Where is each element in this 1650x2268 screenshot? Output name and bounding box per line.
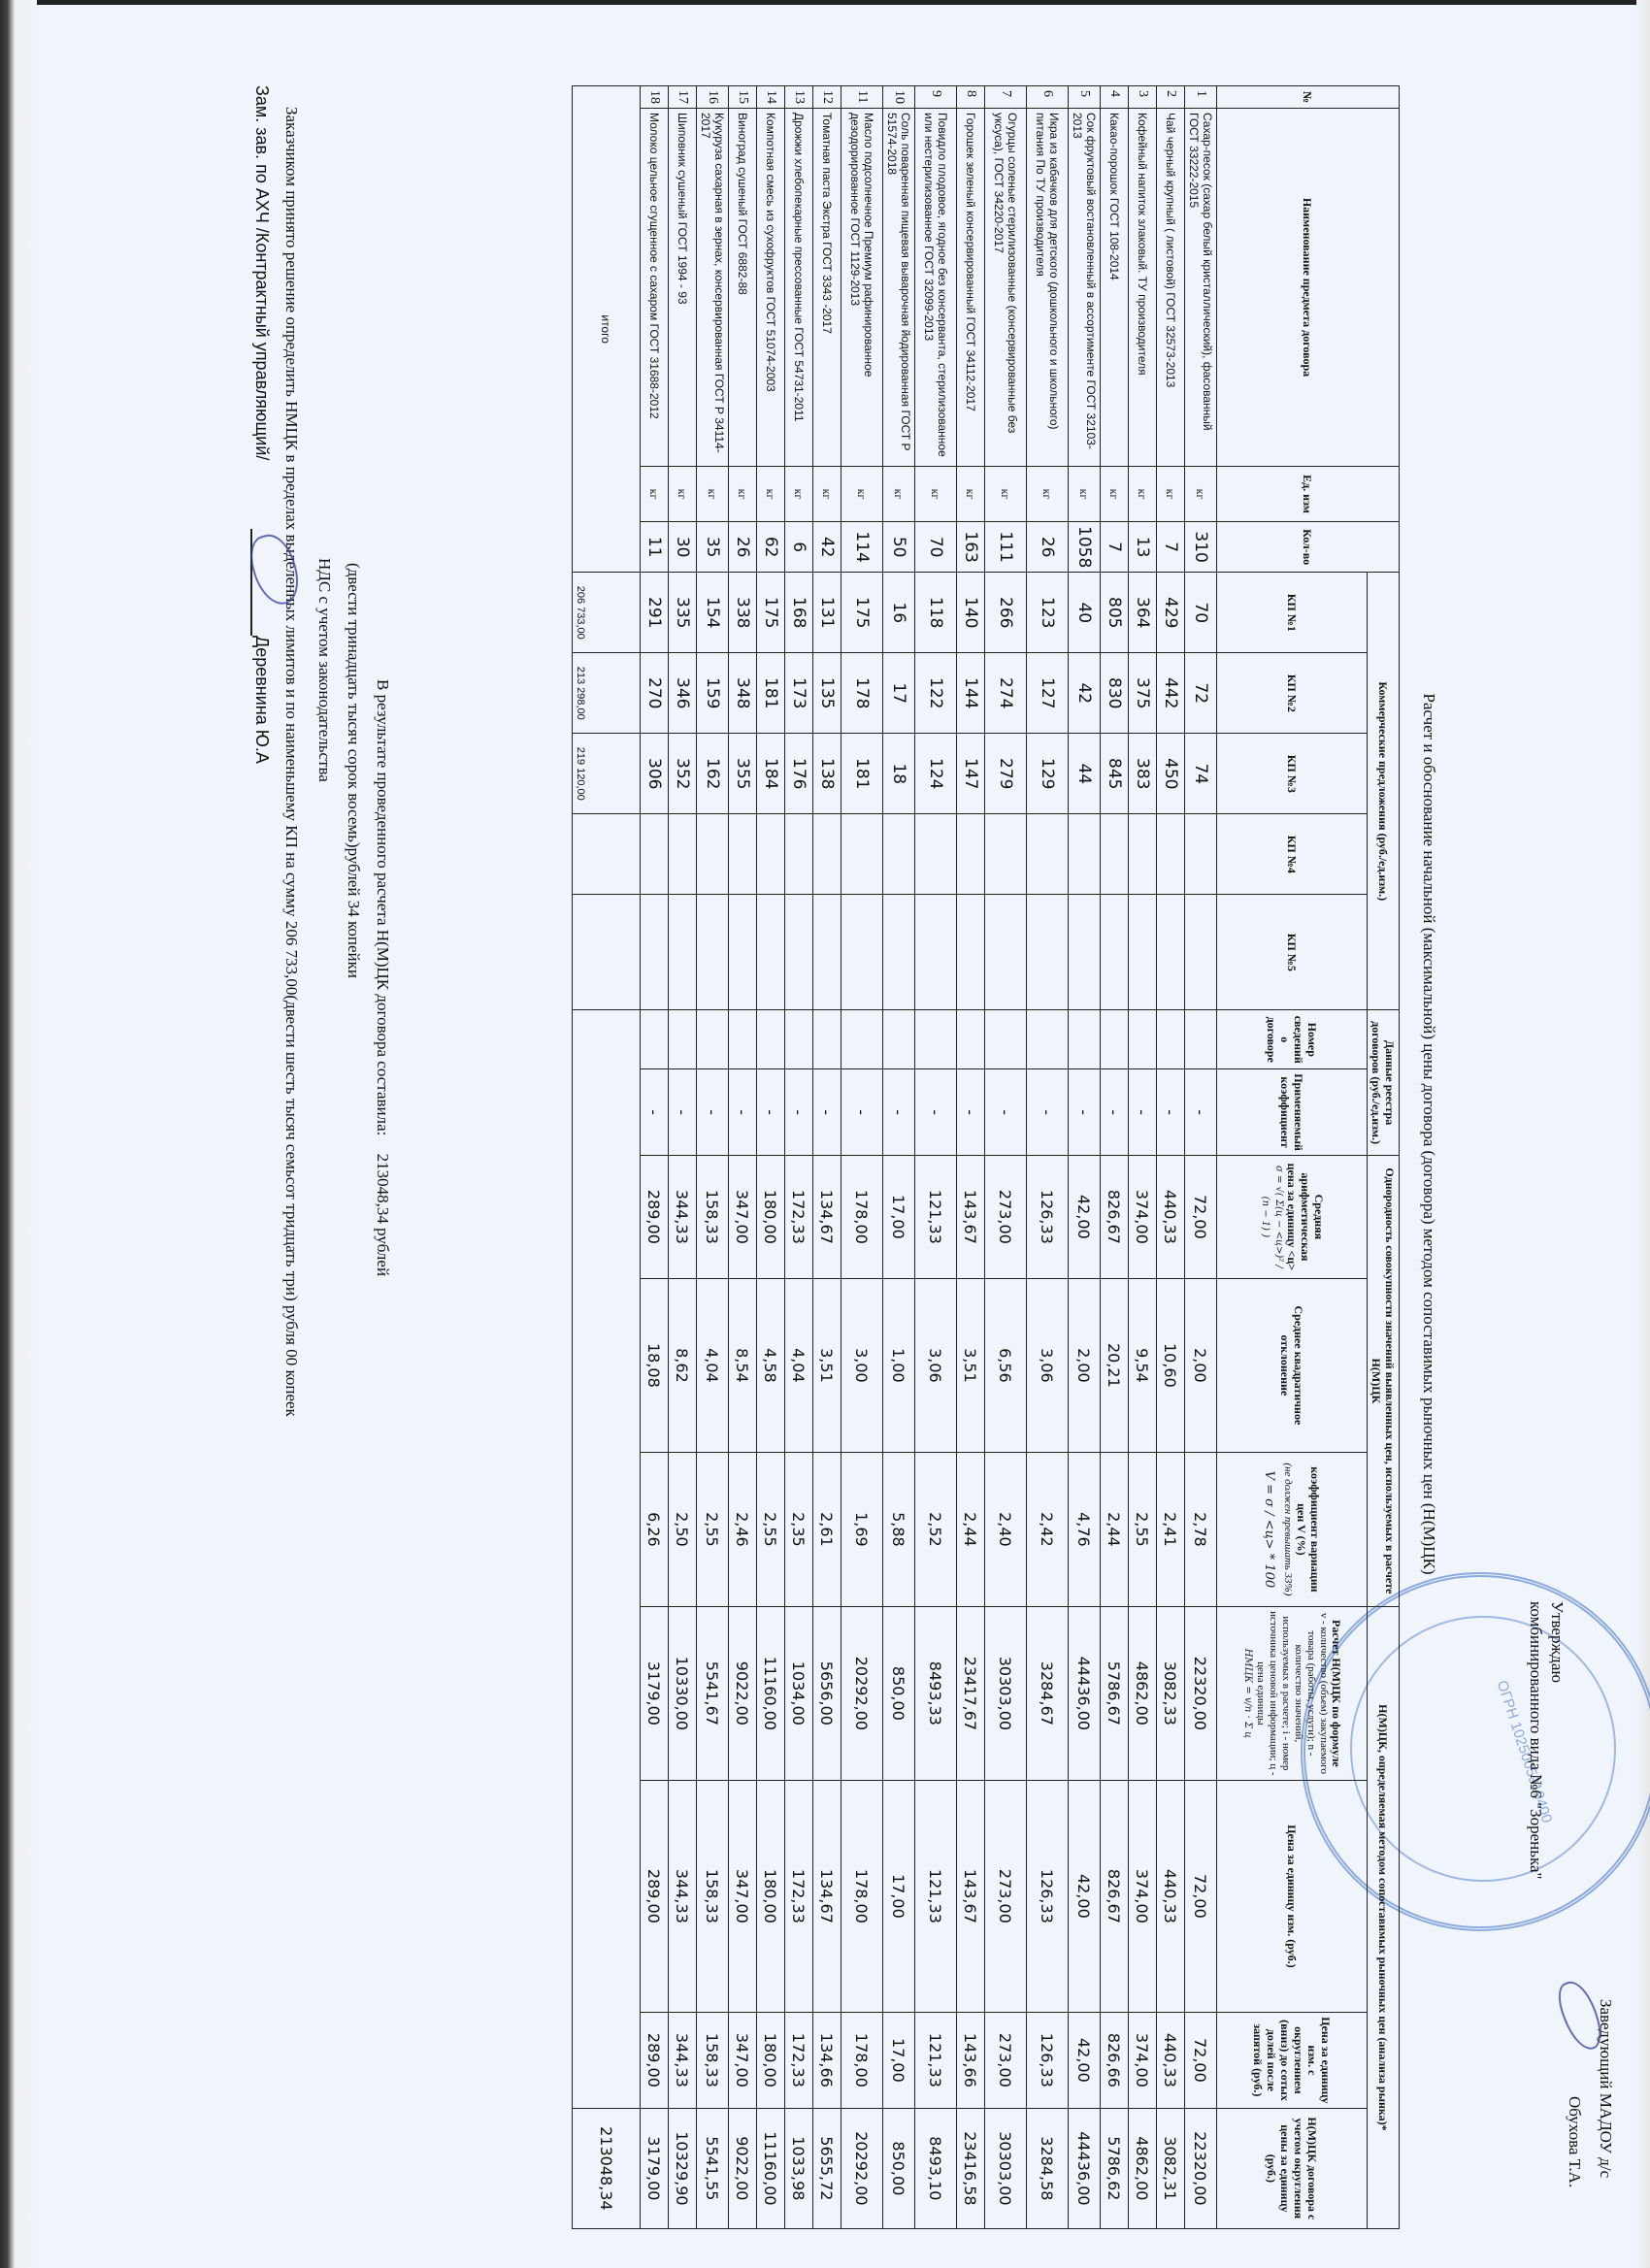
kp2-price: 17 — [883, 653, 915, 734]
kp1-header: КП №1 — [1217, 573, 1368, 653]
stddev: 10,60 — [1157, 1278, 1185, 1452]
nmck-rounded: 22320,00 — [1185, 2108, 1217, 2228]
variation-coef: 5,88 — [883, 1452, 915, 1606]
homogeneity-group-header: Однородность совокупности значений выявл… — [1368, 1155, 1400, 1606]
kp3-price: 306 — [641, 734, 669, 814]
item-name: Какао-порошок ГОСТ 108-2014 — [1101, 109, 1129, 467]
kp4-price — [841, 814, 883, 895]
table-row: 4Какао-порошок ГОСТ 108-2014кг7805830845… — [1101, 86, 1129, 2229]
table-row: 11Масло подсолнечное Премиум рафинирован… — [841, 86, 883, 2229]
kp3-total: 219 120,00 — [573, 734, 641, 814]
kp4-price — [985, 814, 1027, 895]
stddev: 3,51 — [957, 1278, 985, 1452]
item-name: Икра из кабачков для детского (дошкольно… — [1027, 109, 1069, 467]
stddev: 2,00 — [1069, 1278, 1101, 1452]
kp2-price: 135 — [813, 653, 841, 734]
row-number: 18 — [641, 86, 669, 109]
item-unit: кг — [785, 467, 813, 522]
registry-number — [1185, 1010, 1217, 1069]
avg-price: 344,33 — [669, 1155, 697, 1278]
calc-nmck: 20292,00 — [841, 1606, 883, 1780]
stddev: 4,04 — [785, 1278, 813, 1452]
registry-coef: - — [841, 1069, 883, 1156]
rounded-price: 42,00 — [1069, 2012, 1101, 2108]
kp2-price: 42 — [1069, 653, 1101, 734]
stddev: 4,04 — [697, 1278, 729, 1452]
item-unit: кг — [841, 467, 883, 522]
calc-nmck: 5656,00 — [813, 1606, 841, 1780]
kp2-price: 122 — [915, 653, 957, 734]
kp3-price: 355 — [729, 734, 757, 814]
table-row: 3Кофейный напиток злаковый. ТУ производи… — [1129, 86, 1157, 2229]
kp4-price — [1027, 814, 1069, 895]
table-row: 8Горошек зеленый консервированный ГОСТ 3… — [957, 86, 985, 2229]
kp3-price: 383 — [1129, 734, 1157, 814]
registry-group-header: Данные реестра договоров (руб./ед.изм.) — [1368, 1010, 1400, 1156]
item-unit: кг — [957, 467, 985, 522]
stddev: 3,06 — [915, 1278, 957, 1452]
variation-coef: 2,55 — [1129, 1452, 1157, 1606]
nmck-rounded: 5541,55 — [697, 2108, 729, 2228]
kp3-price: 279 — [985, 734, 1027, 814]
row-number: 10 — [883, 86, 915, 109]
rounded-price: 440,33 — [1157, 2012, 1185, 2108]
kp2-price: 173 — [785, 653, 813, 734]
item-name: Чай черный крупный ( листовой) ГОСТ 3257… — [1157, 109, 1185, 467]
table-row: 13Дрожжи хлебопекарные прессованные ГОСТ… — [785, 86, 813, 2229]
row-number: 15 — [729, 86, 757, 109]
unit-price: 134,67 — [813, 1780, 841, 2012]
rounded-price: 826,66 — [1101, 2012, 1129, 2108]
row-number: 4 — [1101, 86, 1129, 109]
kp2-price: 375 — [1129, 653, 1157, 734]
signer-role: Зам. зав. по АХЧ /Контрактный управляющи… — [251, 85, 272, 460]
calc-note: v - количество (объем) закупаемого товар… — [1254, 1611, 1330, 1776]
unit-price: 178,00 — [841, 1780, 883, 2012]
unit-price: 158,33 — [697, 1780, 729, 2012]
rounded-price: 143,66 — [957, 2012, 985, 2108]
calc-nmck: 3284,67 — [1027, 1606, 1069, 1780]
kp5-price — [957, 895, 985, 1010]
avg-price: 374,00 — [1129, 1155, 1157, 1278]
kp3-price: 450 — [1157, 734, 1185, 814]
kp2-price: 348 — [729, 653, 757, 734]
item-qty: 7 — [1157, 522, 1185, 573]
avg-price: 347,00 — [729, 1155, 757, 1278]
avg-price: 126,33 — [1027, 1155, 1069, 1278]
kp4-price — [813, 814, 841, 895]
avg-price-header: Средняя арифметическая цена за единицу <… — [1217, 1155, 1368, 1278]
totals-row: итого206 733,00213 298,00219 120,0021304… — [573, 86, 641, 2229]
kp5-price — [1101, 895, 1129, 1010]
col-unit-header: Ед. изм — [1217, 467, 1400, 522]
kp2-price: 274 — [985, 653, 1027, 734]
variation-formula: V = σ / <ц> * 100 — [1262, 1457, 1275, 1602]
col-qty-header: Кол-во — [1217, 522, 1400, 573]
kp3-price: 184 — [757, 734, 785, 814]
table-row: 2Чай черный крупный ( листовой) ГОСТ 325… — [1157, 86, 1185, 2229]
variation-coef: 2,50 — [669, 1452, 697, 1606]
kp3-price: 129 — [1027, 734, 1069, 814]
kp4-price — [757, 814, 785, 895]
price-calculation-table: № Наименование предмета договора Ед. изм… — [572, 85, 1400, 2229]
item-unit: кг — [813, 467, 841, 522]
rounded-price: 347,00 — [729, 2012, 757, 2108]
kp4-price — [915, 814, 957, 895]
unit-price: 121,33 — [915, 1780, 957, 2012]
kp3-price: 74 — [1185, 734, 1217, 814]
vat-note: НДС с учетом законодательства — [314, 558, 334, 782]
row-number: 8 — [957, 86, 985, 109]
table-row: 5Сок фруктовый востановленный в ассортим… — [1069, 86, 1101, 2229]
registry-coef: - — [1069, 1069, 1101, 1156]
kp2-price: 181 — [757, 653, 785, 734]
table-row: 10Соль поваренная пищевая выварочная йод… — [883, 86, 915, 2229]
calc-nmck: 1034,00 — [785, 1606, 813, 1780]
unit-price: 440,33 — [1157, 1780, 1185, 2012]
item-unit: кг — [757, 467, 785, 522]
item-qty: 114 — [841, 522, 883, 573]
item-name: Соль поваренная пищевая выварочная йодир… — [883, 109, 915, 467]
nmck-rounded: 44436,00 — [1069, 2108, 1101, 2228]
item-unit: кг — [985, 467, 1027, 522]
kp5-price — [1129, 895, 1157, 1010]
item-qty: 30 — [669, 522, 697, 573]
kp1-price: 70 — [1185, 573, 1217, 653]
kp5-price — [841, 895, 883, 1010]
kp5-price — [641, 895, 669, 1010]
kp5-price — [915, 895, 957, 1010]
kp5-price — [813, 895, 841, 1010]
kp5-price — [1185, 895, 1217, 1010]
unit-price: 826,67 — [1101, 1780, 1129, 2012]
stddev: 2,00 — [1185, 1278, 1217, 1452]
table-row: 9Повидло плодовое, ягодное без консерван… — [915, 86, 957, 2229]
row-number: 7 — [985, 86, 1027, 109]
variation-coef: 2,55 — [757, 1452, 785, 1606]
variation-coef: 2,42 — [1027, 1452, 1069, 1606]
nmck-group-header: Н(М)ЦК, определяемая методом сопоставимы… — [1368, 1606, 1400, 2228]
calc-nmck: 22320,00 — [1185, 1606, 1217, 1780]
avg-price: 42,00 — [1069, 1155, 1101, 1278]
nmck-rounded: 3179,00 — [641, 2108, 669, 2228]
calc-nmck: 23417,67 — [957, 1606, 985, 1780]
kp2-price: 346 — [669, 653, 697, 734]
item-qty: 26 — [1027, 522, 1069, 573]
registry-number — [669, 1010, 697, 1069]
unit-price: 273,00 — [985, 1780, 1027, 2012]
item-qty: 35 — [697, 522, 729, 573]
item-qty: 70 — [915, 522, 957, 573]
kp4-price — [1101, 814, 1129, 895]
unit-price: 172,33 — [785, 1780, 813, 2012]
item-name: Шиповник сушеный ГОСТ 1994 - 93 — [669, 109, 697, 467]
kp4-price — [1129, 814, 1157, 895]
kp1-price: 175 — [757, 573, 785, 653]
stddev: 3,06 — [1027, 1278, 1069, 1452]
nmck-rounded-header: Н(М)ЦК договора с учетом округления цены… — [1217, 2108, 1368, 2228]
item-unit: кг — [641, 467, 669, 522]
row-number: 12 — [813, 86, 841, 109]
kp3-price: 18 — [883, 734, 915, 814]
unit-price: 344,33 — [669, 1780, 697, 2012]
kp3-price: 176 — [785, 734, 813, 814]
rounded-price: 178,00 — [841, 2012, 883, 2108]
kp5-price — [883, 895, 915, 1010]
table-row: 1Сахар-песок (сахар белый кристаллически… — [1185, 86, 1217, 2229]
kp3-price: 124 — [915, 734, 957, 814]
item-name: Сахар-песок (сахар белый кристаллический… — [1185, 109, 1217, 467]
item-qty: 163 — [957, 522, 985, 573]
variation-label: коэффициент вариации цен V (%) — [1295, 1457, 1322, 1602]
kp1-price: 429 — [1157, 573, 1185, 653]
unit-price: 17,00 — [883, 1780, 915, 2012]
variation-coef: 2,40 — [985, 1452, 1027, 1606]
item-name: Компотная смесь из сухофруктов ГОСТ 5107… — [757, 109, 785, 467]
table-row: 12Томатная паста Экстра ГОСТ 3343 -2017к… — [813, 86, 841, 2229]
kp4-price — [1069, 814, 1101, 895]
calc-nmck: 3082,33 — [1157, 1606, 1185, 1780]
unit-price: 180,00 — [757, 1780, 785, 2012]
rotated-document-page: ОГРН 1025005919400 Утверждаю комбинирова… — [0, 0, 1650, 2268]
decision-text: Заказчиком принято решение определить НМ… — [281, 107, 301, 1417]
nmck-rounded: 850,00 — [883, 2108, 915, 2228]
col-name-header: Наименование предмета договора — [1217, 109, 1400, 467]
row-number: 14 — [757, 86, 785, 109]
unit-price: 126,33 — [1027, 1780, 1069, 2012]
item-qty: 13 — [1129, 522, 1157, 573]
avg-price: 134,67 — [813, 1155, 841, 1278]
kp1-price: 175 — [841, 573, 883, 653]
calc-nmck: 5786,67 — [1101, 1606, 1129, 1780]
kp3-price: 181 — [841, 734, 883, 814]
rounded-price: 180,00 — [757, 2012, 785, 2108]
item-unit: кг — [1129, 467, 1157, 522]
registry-number — [785, 1010, 813, 1069]
variation-coef: 2,46 — [729, 1452, 757, 1606]
item-unit: кг — [1069, 467, 1101, 522]
kp4-price — [669, 814, 697, 895]
item-qty: 62 — [757, 522, 785, 573]
registry-coef: - — [729, 1069, 757, 1156]
table-row: 15Виноград сушеный ГОСТ 6882-88кг2633834… — [729, 86, 757, 2229]
table-row: 17Шиповник сушеный ГОСТ 1994 - 93кг30335… — [669, 86, 697, 2229]
item-name: Дрожжи хлебопекарные прессованные ГОСТ 5… — [785, 109, 813, 467]
kp1-price: 805 — [1101, 573, 1129, 653]
avg-price: 273,00 — [985, 1155, 1027, 1278]
kp2-header: КП №2 — [1217, 653, 1368, 734]
nmck-rounded: 5786,62 — [1101, 2108, 1129, 2228]
variation-coef: 2,44 — [957, 1452, 985, 1606]
unit-price: 374,00 — [1129, 1780, 1157, 2012]
kp3-price: 147 — [957, 734, 985, 814]
item-name: Горошек зеленый консервированный ГОСТ 34… — [957, 109, 985, 467]
table-row: 7Огурцы соленые стерилизованные (консерв… — [985, 86, 1027, 2229]
stddev: 1,00 — [883, 1278, 915, 1452]
avg-price-label: Средняя арифметическая цена за единицу <… — [1285, 1160, 1326, 1274]
kp5-price — [669, 895, 697, 1010]
item-qty: 42 — [813, 522, 841, 573]
item-unit: кг — [669, 467, 697, 522]
rounded-price: 17,00 — [883, 2012, 915, 2108]
registry-number — [641, 1010, 669, 1069]
registry-coef: - — [915, 1069, 957, 1156]
registry-number — [1027, 1010, 1069, 1069]
table-row: 18Молоко цельное сгущенное с сахаром ГОС… — [641, 86, 669, 2229]
kp1-total: 206 733,00 — [573, 573, 641, 653]
rounded-price: 134,66 — [813, 2012, 841, 2108]
col-num-header: № — [1217, 86, 1400, 109]
item-unit: кг — [1185, 467, 1217, 522]
avg-price: 289,00 — [641, 1155, 669, 1278]
kp5-price — [785, 895, 813, 1010]
kp2-price: 159 — [697, 653, 729, 734]
kp3-header: КП №3 — [1217, 734, 1368, 814]
variation-coef: 2,41 — [1157, 1452, 1185, 1606]
kp4-price — [1185, 814, 1217, 895]
kp2-price: 144 — [957, 653, 985, 734]
avg-price: 440,33 — [1157, 1155, 1185, 1278]
registry-number — [813, 1010, 841, 1069]
avg-price: 178,00 — [841, 1155, 883, 1278]
unit-price: 42,00 — [1069, 1780, 1101, 2012]
item-name: Повидло плодовое, ягодное без консервант… — [915, 109, 957, 467]
kp1-price: 131 — [813, 573, 841, 653]
item-name: Сок фруктовый востановленный в ассортиме… — [1069, 109, 1101, 467]
item-qty: 1058 — [1069, 522, 1101, 573]
kp4-price — [883, 814, 915, 895]
rounded-price: 374,00 — [1129, 2012, 1157, 2108]
nmck-rounded: 4862,00 — [1129, 2108, 1157, 2228]
registry-coef: - — [697, 1069, 729, 1156]
kp1-price: 118 — [915, 573, 957, 653]
item-qty: 111 — [985, 522, 1027, 573]
calc-nmck: 3179,00 — [641, 1606, 669, 1780]
kp2-total: 213 298,00 — [573, 653, 641, 734]
document-title: Расчет и обоснование начальной (максимал… — [1419, 0, 1438, 2268]
nmck-rounded: 3284,58 — [1027, 2108, 1069, 2228]
signer-name: Деревнина Ю.А — [251, 636, 272, 764]
kp5-price — [1027, 895, 1069, 1010]
kp4-price — [957, 814, 985, 895]
registry-number — [729, 1010, 757, 1069]
item-name: Молоко цельное сгущенное с сахаром ГОСТ … — [641, 109, 669, 467]
calc-nmck: 4862,00 — [1129, 1606, 1157, 1780]
registry-coef-header: Применяемый коэффициент — [1217, 1069, 1368, 1156]
calc-nmck: 8493,33 — [915, 1606, 957, 1780]
avg-price: 143,67 — [957, 1155, 985, 1278]
calc-nmck: 10330,00 — [669, 1606, 697, 1780]
rounded-price: 344,33 — [669, 2012, 697, 2108]
registry-coef: - — [757, 1069, 785, 1156]
registry-number — [915, 1010, 957, 1069]
variation-coef: 1,69 — [841, 1452, 883, 1606]
stddev: 8,54 — [729, 1278, 757, 1452]
rounded-price: 289,00 — [641, 2012, 669, 2108]
registry-number — [841, 1010, 883, 1069]
item-unit: кг — [697, 467, 729, 522]
approval-head: Заведующий МАДОУ д/с Обухова Т.А. — [1564, 1931, 1616, 2187]
calc-nmck: 11160,00 — [757, 1606, 785, 1780]
kp3-price: 162 — [697, 734, 729, 814]
rounded-price: 273,00 — [985, 2012, 1027, 2108]
kp2-price: 72 — [1185, 653, 1217, 734]
registry-coef: - — [813, 1069, 841, 1156]
nmck-rounded: 8493,10 — [915, 2108, 957, 2228]
nmck-rounded: 23416,58 — [957, 2108, 985, 2228]
avg-price: 172,33 — [785, 1155, 813, 1278]
registry-coef: - — [669, 1069, 697, 1156]
item-unit: кг — [915, 467, 957, 522]
variation-coef: 2,78 — [1185, 1452, 1217, 1606]
variation-coef: 4,76 — [1069, 1452, 1101, 1606]
rounded-price: 126,33 — [1027, 2012, 1069, 2108]
kp5-price — [729, 895, 757, 1010]
kp1-price: 40 — [1069, 573, 1101, 653]
kp2-price: 127 — [1027, 653, 1069, 734]
variation-coef: 2,52 — [915, 1452, 957, 1606]
nmck-rounded: 5655,72 — [813, 2108, 841, 2228]
item-unit: кг — [1157, 467, 1185, 522]
approval-signer: Обухова Т.А. — [1564, 2096, 1585, 2187]
stddev: 18,08 — [641, 1278, 669, 1452]
avg-price: 158,33 — [697, 1155, 729, 1278]
kp4-price — [697, 814, 729, 895]
unit-price: 289,00 — [641, 1780, 669, 2012]
kp4-price — [641, 814, 669, 895]
kp3-price: 44 — [1069, 734, 1101, 814]
totals-label: итого — [573, 86, 641, 573]
unit-price: 347,00 — [729, 1780, 757, 2012]
totals-blank — [573, 1010, 641, 2109]
registry-coef: - — [1129, 1069, 1157, 1156]
avg-price: 180,00 — [757, 1155, 785, 1278]
calc-nmck: 9022,00 — [729, 1606, 757, 1780]
row-number: 11 — [841, 86, 883, 109]
rounded-price-header: Цена за единицу изм. с округлением (вниз… — [1217, 2012, 1368, 2108]
kp4-price — [1157, 814, 1185, 895]
item-qty: 11 — [641, 522, 669, 573]
registry-coef: - — [641, 1069, 669, 1156]
kp5-price — [1157, 895, 1185, 1010]
kp1-price: 154 — [697, 573, 729, 653]
kp1-price: 291 — [641, 573, 669, 653]
variation-coef: 2,61 — [813, 1452, 841, 1606]
kp4-price — [785, 814, 813, 895]
unit-price-header: Цена за единицу изм. (руб.) — [1217, 1780, 1368, 2012]
item-name: Масло подсолнечное Премиум рафинированно… — [841, 109, 883, 467]
item-unit: кг — [1101, 467, 1129, 522]
calc-formula: НМЦК = v/n · Σ ц — [1240, 1611, 1254, 1776]
unit-price: 72,00 — [1185, 1780, 1217, 2012]
row-number: 17 — [669, 86, 697, 109]
row-number: 9 — [915, 86, 957, 109]
nmck-rounded: 11160,00 — [757, 2108, 785, 2228]
stddev-header: Среднее квадратичное отклонение — [1217, 1278, 1368, 1452]
nmck-rounded: 9022,00 — [729, 2108, 757, 2228]
stddev: 20,21 — [1101, 1278, 1129, 1452]
row-number: 13 — [785, 86, 813, 109]
item-qty: 7 — [1101, 522, 1129, 573]
avg-price: 72,00 — [1185, 1155, 1217, 1278]
table-row: 14Компотная смесь из сухофруктов ГОСТ 51… — [757, 86, 785, 2229]
item-unit: кг — [1027, 467, 1069, 522]
kp1-price: 338 — [729, 573, 757, 653]
registry-number — [1157, 1010, 1185, 1069]
registry-number — [1129, 1010, 1157, 1069]
kp2-price: 830 — [1101, 653, 1129, 734]
kp5-price — [697, 895, 729, 1010]
